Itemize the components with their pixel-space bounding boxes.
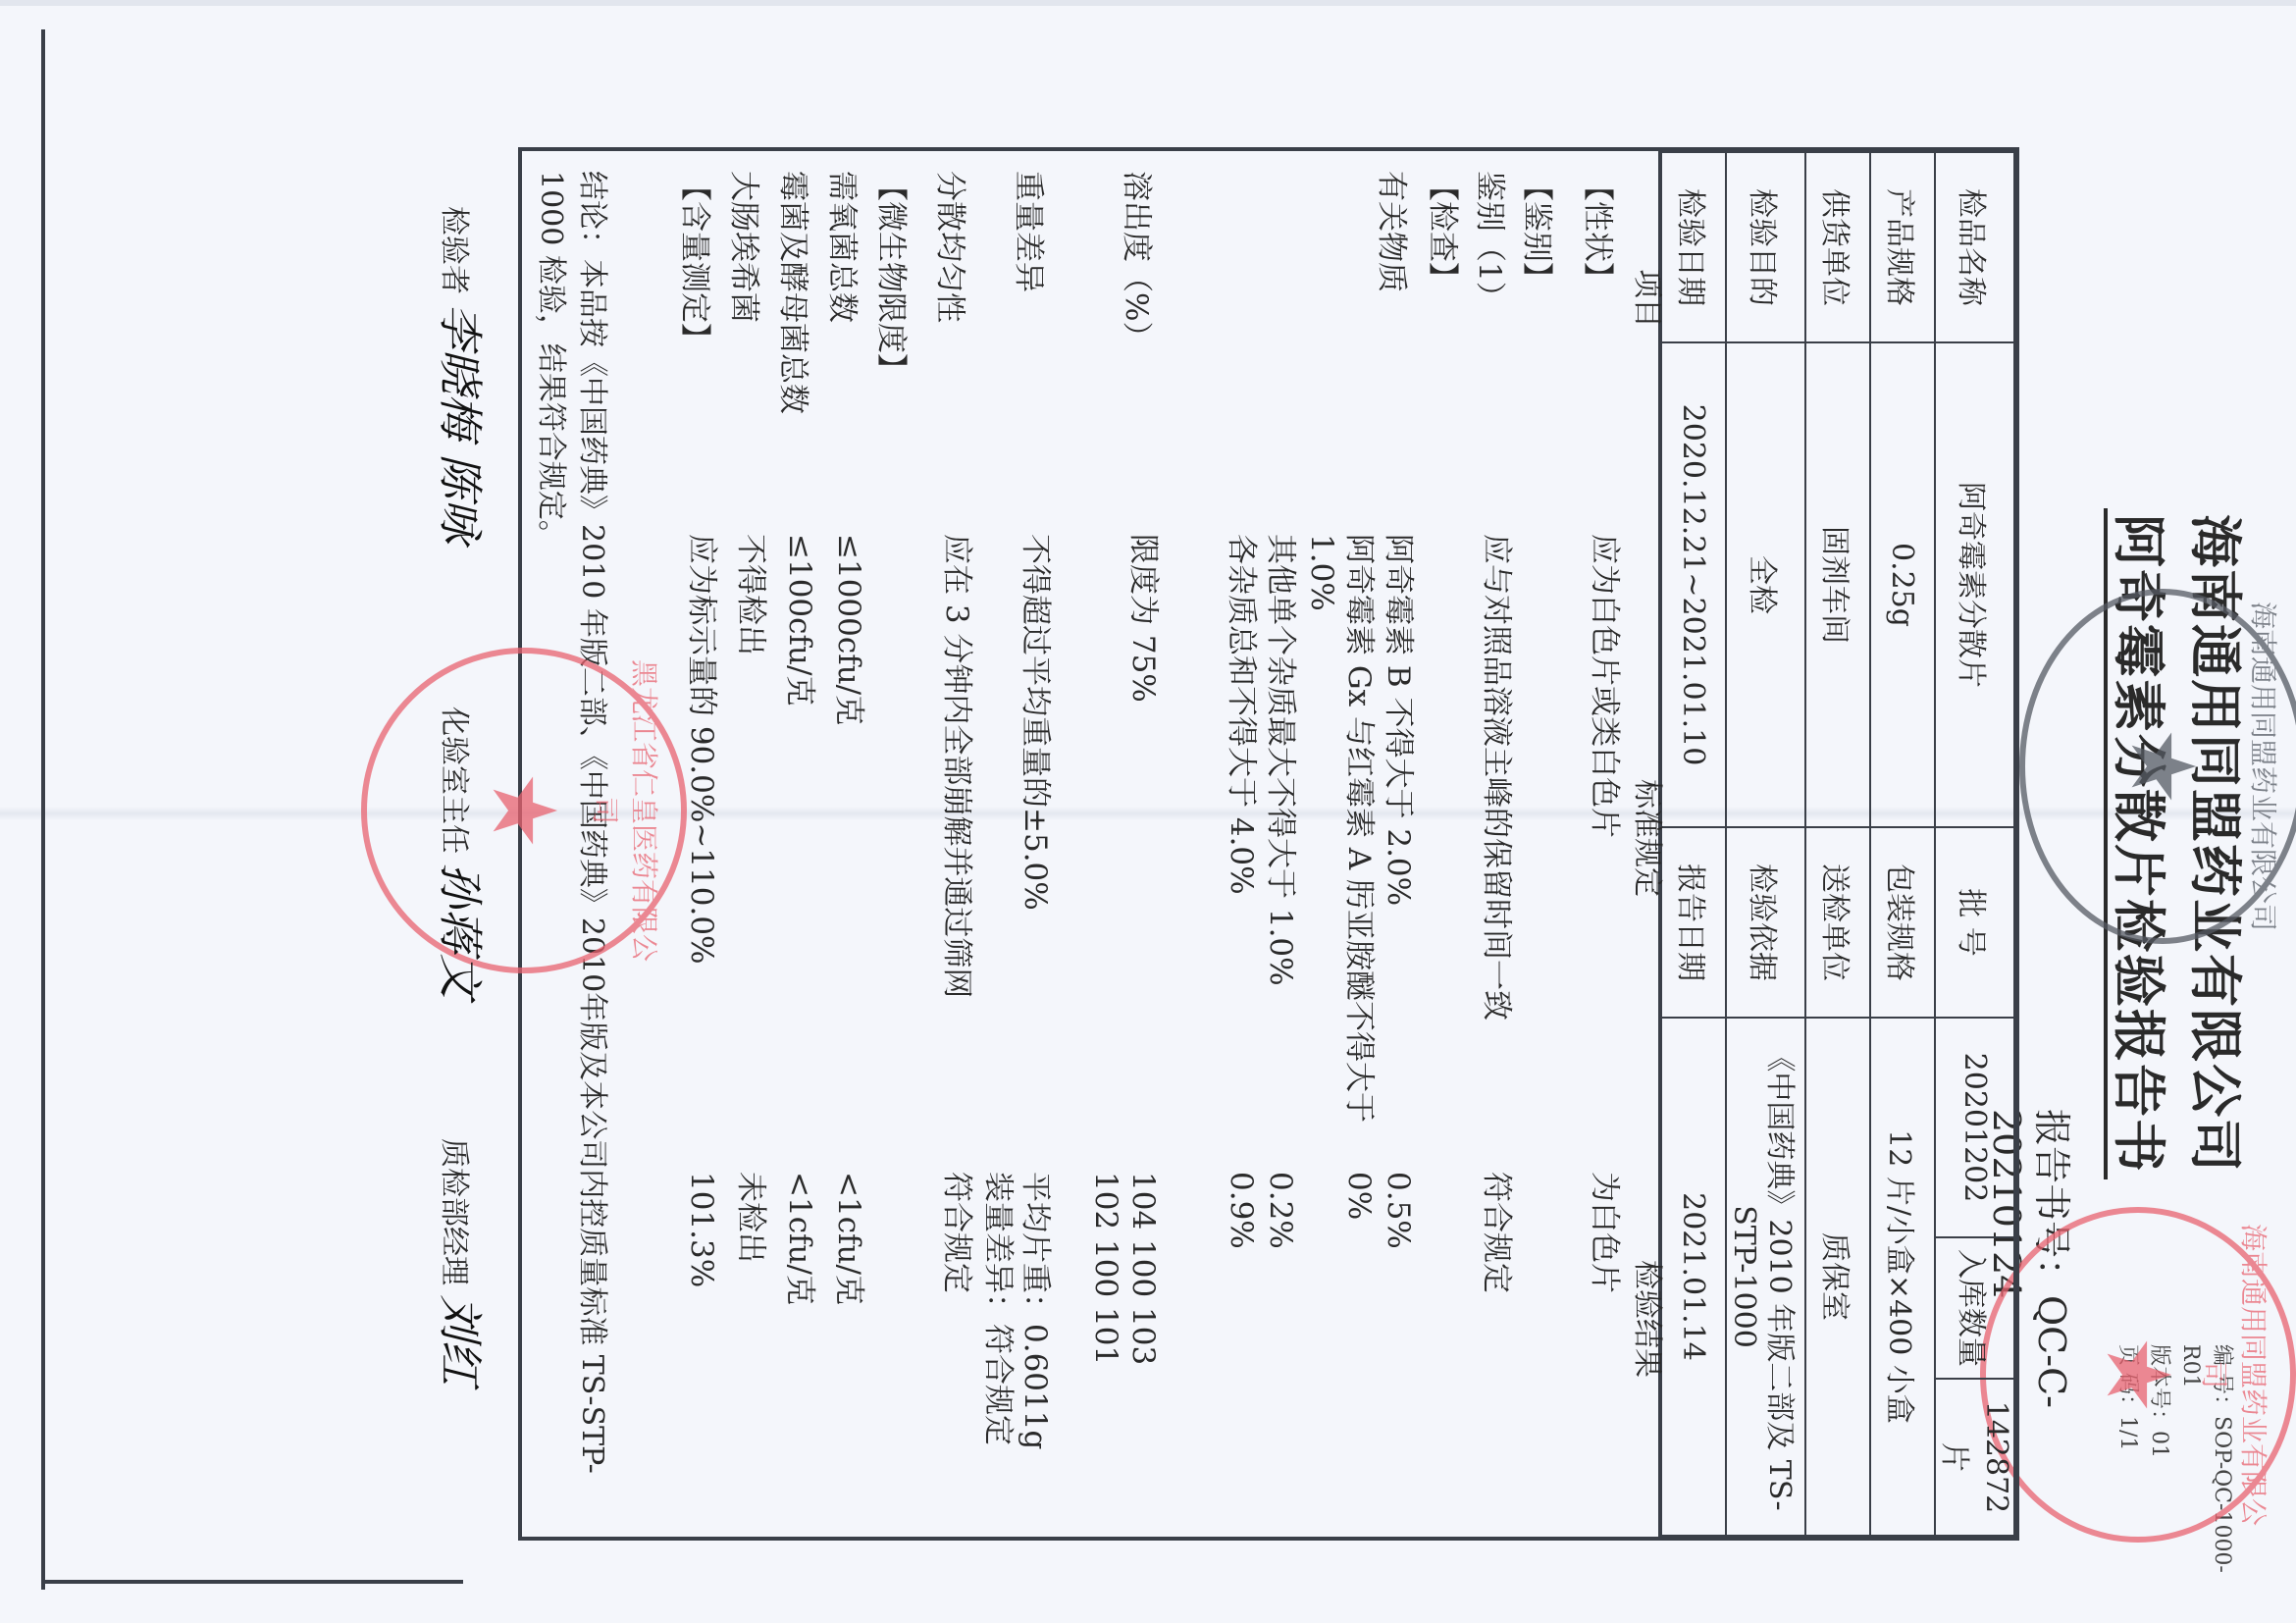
info-row: 供货单位 固剂车间 送检单位 质保室 <box>1805 152 1870 1536</box>
test-standard: 各杂质总和不得大于 4.0% <box>1223 534 1260 1172</box>
test-result: 104 100 103 102 100 101 <box>1087 1172 1162 1544</box>
test-item: 分散均匀性 <box>931 171 975 524</box>
test-standard: 阿奇霉素 Gx 与红霉素 A 肟亚胺醚不得大于 1.0% <box>1303 534 1378 1172</box>
test-item: 溶出度（%） <box>1118 171 1162 524</box>
info-row: 检验目的 全检 检验依据 《中国药典》2010 年版二部及 TS-STP-100… <box>1726 152 1805 1536</box>
report-sheet: 检品名称 阿奇霉素分散片 批 号 20201202 入库数量 142872 片 … <box>518 147 2019 1541</box>
test-result: <1cfu/克 <box>830 1172 867 1544</box>
scan-edge-top <box>0 0 2296 6</box>
report-page: 海南通用同盟药业有限公司 阿奇霉素分散片检验报告书 编 号：SOP-QC-100… <box>314 98 2296 1590</box>
test-item: 鉴别（1） <box>1471 171 1515 524</box>
test-standard: 不得超过平均重量的±5.0% <box>1017 534 1054 1172</box>
test-result: <1cfu/克 <box>781 1172 818 1544</box>
test-result: 0.9% <box>1223 1172 1260 1544</box>
info-row: 检品名称 阿奇霉素分散片 批 号 20201202 入库数量 142872 片 <box>1935 152 2014 1536</box>
test-standard: ≤1000cfu/克 <box>830 534 867 1172</box>
test-standard: 阿奇霉素 B 不得大于 2.0% <box>1380 534 1417 1172</box>
company-stamp-red-bottom: 黑龙江省仁皇医药有限公司 ★ <box>361 648 687 973</box>
test-item: 【含量测定】 <box>676 171 720 524</box>
company-stamp-red-top: 海南通用同盟药业有限公司 ★ <box>1980 1207 2296 1543</box>
test-standard: 限度为 75% <box>1124 534 1162 1172</box>
star-icon: ★ <box>2112 727 2215 807</box>
test-item: 需氧菌总数 <box>823 171 867 524</box>
test-standard: ≤100cfu/克 <box>781 534 818 1172</box>
test-result: 平均片重：0.6011g 装量差异：符合规定 <box>979 1172 1054 1544</box>
company-stamp-gray: 海南通用同盟药业有限公司 ★ <box>2019 589 2296 944</box>
star-icon: ★ <box>2087 1335 2190 1415</box>
test-standard: 应与对照品溶液主峰的保留时间一致 <box>1478 534 1515 1172</box>
column-header-standard: 标准规定 <box>1629 779 1672 897</box>
column-header-item: 项目 <box>1629 269 1672 328</box>
scan-edge-left <box>41 29 45 1590</box>
test-item: 有关物质 <box>1373 171 1417 524</box>
qa-manager-signature: 质检部经理 刘红 <box>431 1138 496 1386</box>
test-item: 【性状】 <box>1579 171 1623 524</box>
test-result: 0.5% <box>1380 1172 1417 1544</box>
test-item: 【检查】 <box>1424 171 1468 524</box>
test-standard: 应为标示量的 90.0%~110.0% <box>683 534 720 1172</box>
test-result: 0.2% <box>1262 1172 1299 1544</box>
test-item: 【鉴别】 <box>1518 171 1562 524</box>
test-item: 大肠埃希菌 <box>725 171 769 524</box>
test-standard: 应在 3 分钟内全部崩解并通过筛网 <box>938 534 975 1172</box>
info-row: 产品规格 0.25g 包装规格 12 片/小盒×400 小盒 <box>1870 152 1935 1536</box>
info-table: 检品名称 阿奇霉素分散片 批 号 20201202 入库数量 142872 片 … <box>1658 151 2015 1537</box>
test-item: 【微生物限度】 <box>872 171 916 524</box>
test-standard: 应为白色片或类白色片 <box>1586 534 1623 1172</box>
inspector-signature: 检验者 李晓梅 陈咏 <box>431 206 496 544</box>
test-result: 0% <box>1340 1172 1378 1544</box>
test-result: 101.3% <box>683 1172 720 1544</box>
test-standard: 不得检出 <box>732 534 769 1172</box>
test-result: 为白色片 <box>1586 1172 1623 1544</box>
test-result: 符合规定 <box>938 1172 975 1544</box>
test-item: 重量差异 <box>1010 171 1054 524</box>
test-result: 未检出 <box>732 1172 769 1544</box>
lab-head-signature: 化验室主任 孙蒋文 <box>431 707 496 999</box>
column-header-result: 检验结果 <box>1629 1260 1672 1378</box>
test-item: 霉菌及酵母菌总数 <box>774 171 818 524</box>
test-standard: 其他单个杂质最大不得大于 1.0% <box>1262 534 1299 1172</box>
test-result: 符合规定 <box>1478 1172 1515 1544</box>
